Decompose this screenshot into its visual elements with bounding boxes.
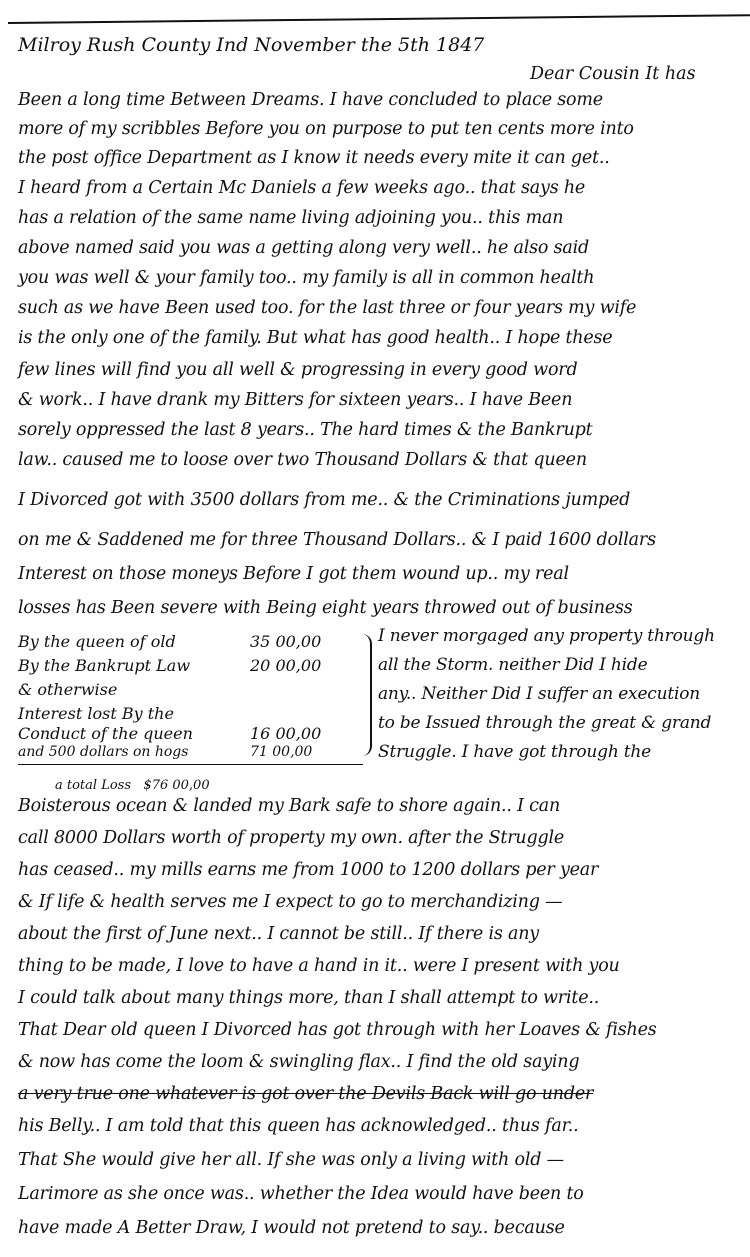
ledger-row: By the queen of old 35 00,00 bbox=[18, 632, 363, 656]
letter-line: more of my scribbles Before you on purpo… bbox=[18, 121, 634, 139]
ledger-label: By the Bankrupt Law bbox=[18, 656, 190, 675]
ledger-total: a total Loss $76 00,00 bbox=[55, 778, 210, 793]
letter-line: Interest on those moneys Before I got th… bbox=[18, 566, 569, 584]
letter-line: about the first of June next.. I cannot … bbox=[18, 926, 539, 944]
letter-line: you was well & your family too.. my fami… bbox=[18, 270, 594, 288]
ledger-amount: 16 00,00 bbox=[250, 724, 321, 743]
ledger-amount: 20 00,00 bbox=[250, 656, 321, 675]
letter-line: I could talk about many things more, tha… bbox=[18, 990, 599, 1008]
side-note-line: Struggle. I have got through the bbox=[378, 744, 750, 773]
side-note: I never morgaged any property through al… bbox=[378, 628, 750, 773]
letter-line: the post office Department as I know it … bbox=[18, 150, 610, 168]
ledger-row: & otherwise bbox=[18, 680, 363, 704]
letter-line: call 8000 Dollars worth of property my o… bbox=[18, 830, 564, 848]
page-top-rule bbox=[8, 14, 750, 24]
ledger-row: Interest lost By the bbox=[18, 704, 363, 724]
letter-line: such as we have Been used too. for the l… bbox=[18, 300, 636, 318]
ledger-label: Conduct of the queen bbox=[18, 724, 193, 743]
letter-line: his Belly.. I am told that this queen ha… bbox=[18, 1118, 579, 1136]
letter-line: That Dear old queen I Divorced has got t… bbox=[18, 1022, 657, 1040]
letter-line: few lines will find you all well & progr… bbox=[18, 362, 577, 380]
ledger-label: By the queen of old bbox=[18, 632, 176, 651]
side-note-line: to be Issued through the great & grand bbox=[378, 715, 750, 744]
letter-line: Been a long time Between Dreams. I have … bbox=[18, 92, 603, 110]
letter-line: & If life & health serves me I expect to… bbox=[18, 894, 562, 912]
ledger-label: & otherwise bbox=[18, 680, 117, 699]
letter-line-struck: on me & Saddened me for three Thousand D… bbox=[18, 532, 656, 550]
letter-line: That She would give her all. If she was … bbox=[18, 1152, 564, 1170]
letter-line: thing to be made, I love to have a hand … bbox=[18, 958, 620, 976]
ledger-total-label: a total Loss bbox=[55, 778, 131, 793]
letter-line: is the only one of the family. But what … bbox=[18, 330, 612, 348]
letter-line: law.. caused me to loose over two Thousa… bbox=[18, 452, 587, 470]
letter-line-struck: a very true one whatever is got over the… bbox=[18, 1086, 593, 1104]
letter-line: I Divorced got with 3500 dollars from me… bbox=[18, 492, 630, 510]
letter-line: & work.. I have drank my Bitters for six… bbox=[18, 392, 572, 410]
letter-line: above named said you was a getting along… bbox=[18, 240, 589, 258]
ledger-label: Interest lost By the bbox=[18, 704, 174, 723]
ledger-amount: 35 00,00 bbox=[250, 632, 321, 651]
letter-line: Boisterous ocean & landed my Bark safe t… bbox=[18, 798, 560, 816]
letter-line: has a relation of the same name living a… bbox=[18, 210, 563, 228]
ledger-total-amount: $76 00,00 bbox=[143, 778, 209, 793]
ledger-amount: 71 00,00 bbox=[250, 744, 312, 760]
side-note-line: I never morgaged any property through bbox=[378, 628, 750, 657]
side-note-line: all the Storm. neither Did I hide bbox=[378, 657, 750, 686]
letter-line: Larimore as she once was.. whether the I… bbox=[18, 1186, 584, 1204]
ledger-label: and 500 dollars on hogs bbox=[18, 744, 188, 760]
losses-ledger: By the queen of old 35 00,00 By the Bank… bbox=[18, 632, 363, 765]
letter-line: sorely oppressed the last 8 years.. The … bbox=[18, 422, 593, 440]
letter-line: has ceased.. my mills earns me from 1000… bbox=[18, 862, 598, 880]
side-note-line: any.. Neither Did I suffer an execution bbox=[378, 686, 750, 715]
ledger-row: Conduct of the queen 16 00,00 bbox=[18, 724, 363, 744]
letter-line: & now has come the loom & swingling flax… bbox=[18, 1054, 579, 1072]
salutation: Dear Cousin It has bbox=[530, 64, 696, 84]
letter-line: losses has Been severe with Being eight … bbox=[18, 600, 633, 618]
brace-mark bbox=[362, 634, 372, 756]
letter-line: I heard from a Certain Mc Daniels a few … bbox=[18, 180, 585, 198]
letter-line: have made A Better Draw, I would not pre… bbox=[18, 1220, 565, 1238]
letter-heading: Milroy Rush County Ind November the 5th … bbox=[18, 34, 484, 56]
ledger-row: and 500 dollars on hogs 71 00,00 bbox=[18, 744, 363, 765]
ledger-row: By the Bankrupt Law 20 00,00 bbox=[18, 656, 363, 680]
